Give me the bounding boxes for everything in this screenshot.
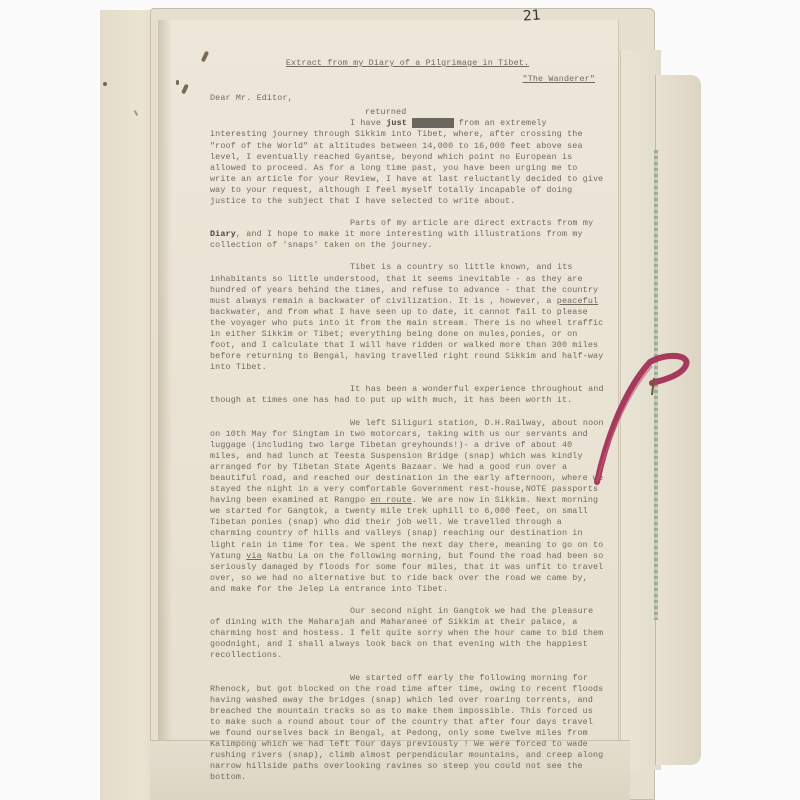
- document-title: Extract from my Diary of a Pilgrimage in…: [210, 58, 605, 69]
- handwritten-page-number: 21: [522, 7, 541, 24]
- document-byline: "The Wanderer": [210, 74, 595, 85]
- paragraph: I have just xxxxxxxx from an extremely i…: [210, 118, 605, 207]
- paragraph: We started off early the following morni…: [210, 673, 605, 784]
- stain-mark: [103, 82, 107, 86]
- stain-mark: [176, 80, 179, 85]
- paragraph: Our second night in Gangtok we had the p…: [210, 606, 605, 661]
- paragraph: It has been a wonderful experience throu…: [210, 384, 605, 406]
- document-body: Extract from my Diary of a Pilgrimage in…: [210, 58, 605, 783]
- handwritten-insertion: returned: [365, 107, 605, 118]
- binding-edge: [654, 150, 658, 620]
- paragraphs: I have just xxxxxxxx from an extremely i…: [210, 118, 605, 783]
- paragraph: Tibet is a country so little known, and …: [210, 262, 605, 373]
- paper-stack-edge-outer: [655, 75, 701, 765]
- page-shadow: [158, 20, 172, 780]
- paragraph: We left Siliguri station, D.H.Railway, a…: [210, 418, 605, 596]
- salutation: Dear Mr. Editor,: [210, 93, 605, 104]
- paragraph: Parts of my article are direct extracts …: [210, 218, 605, 251]
